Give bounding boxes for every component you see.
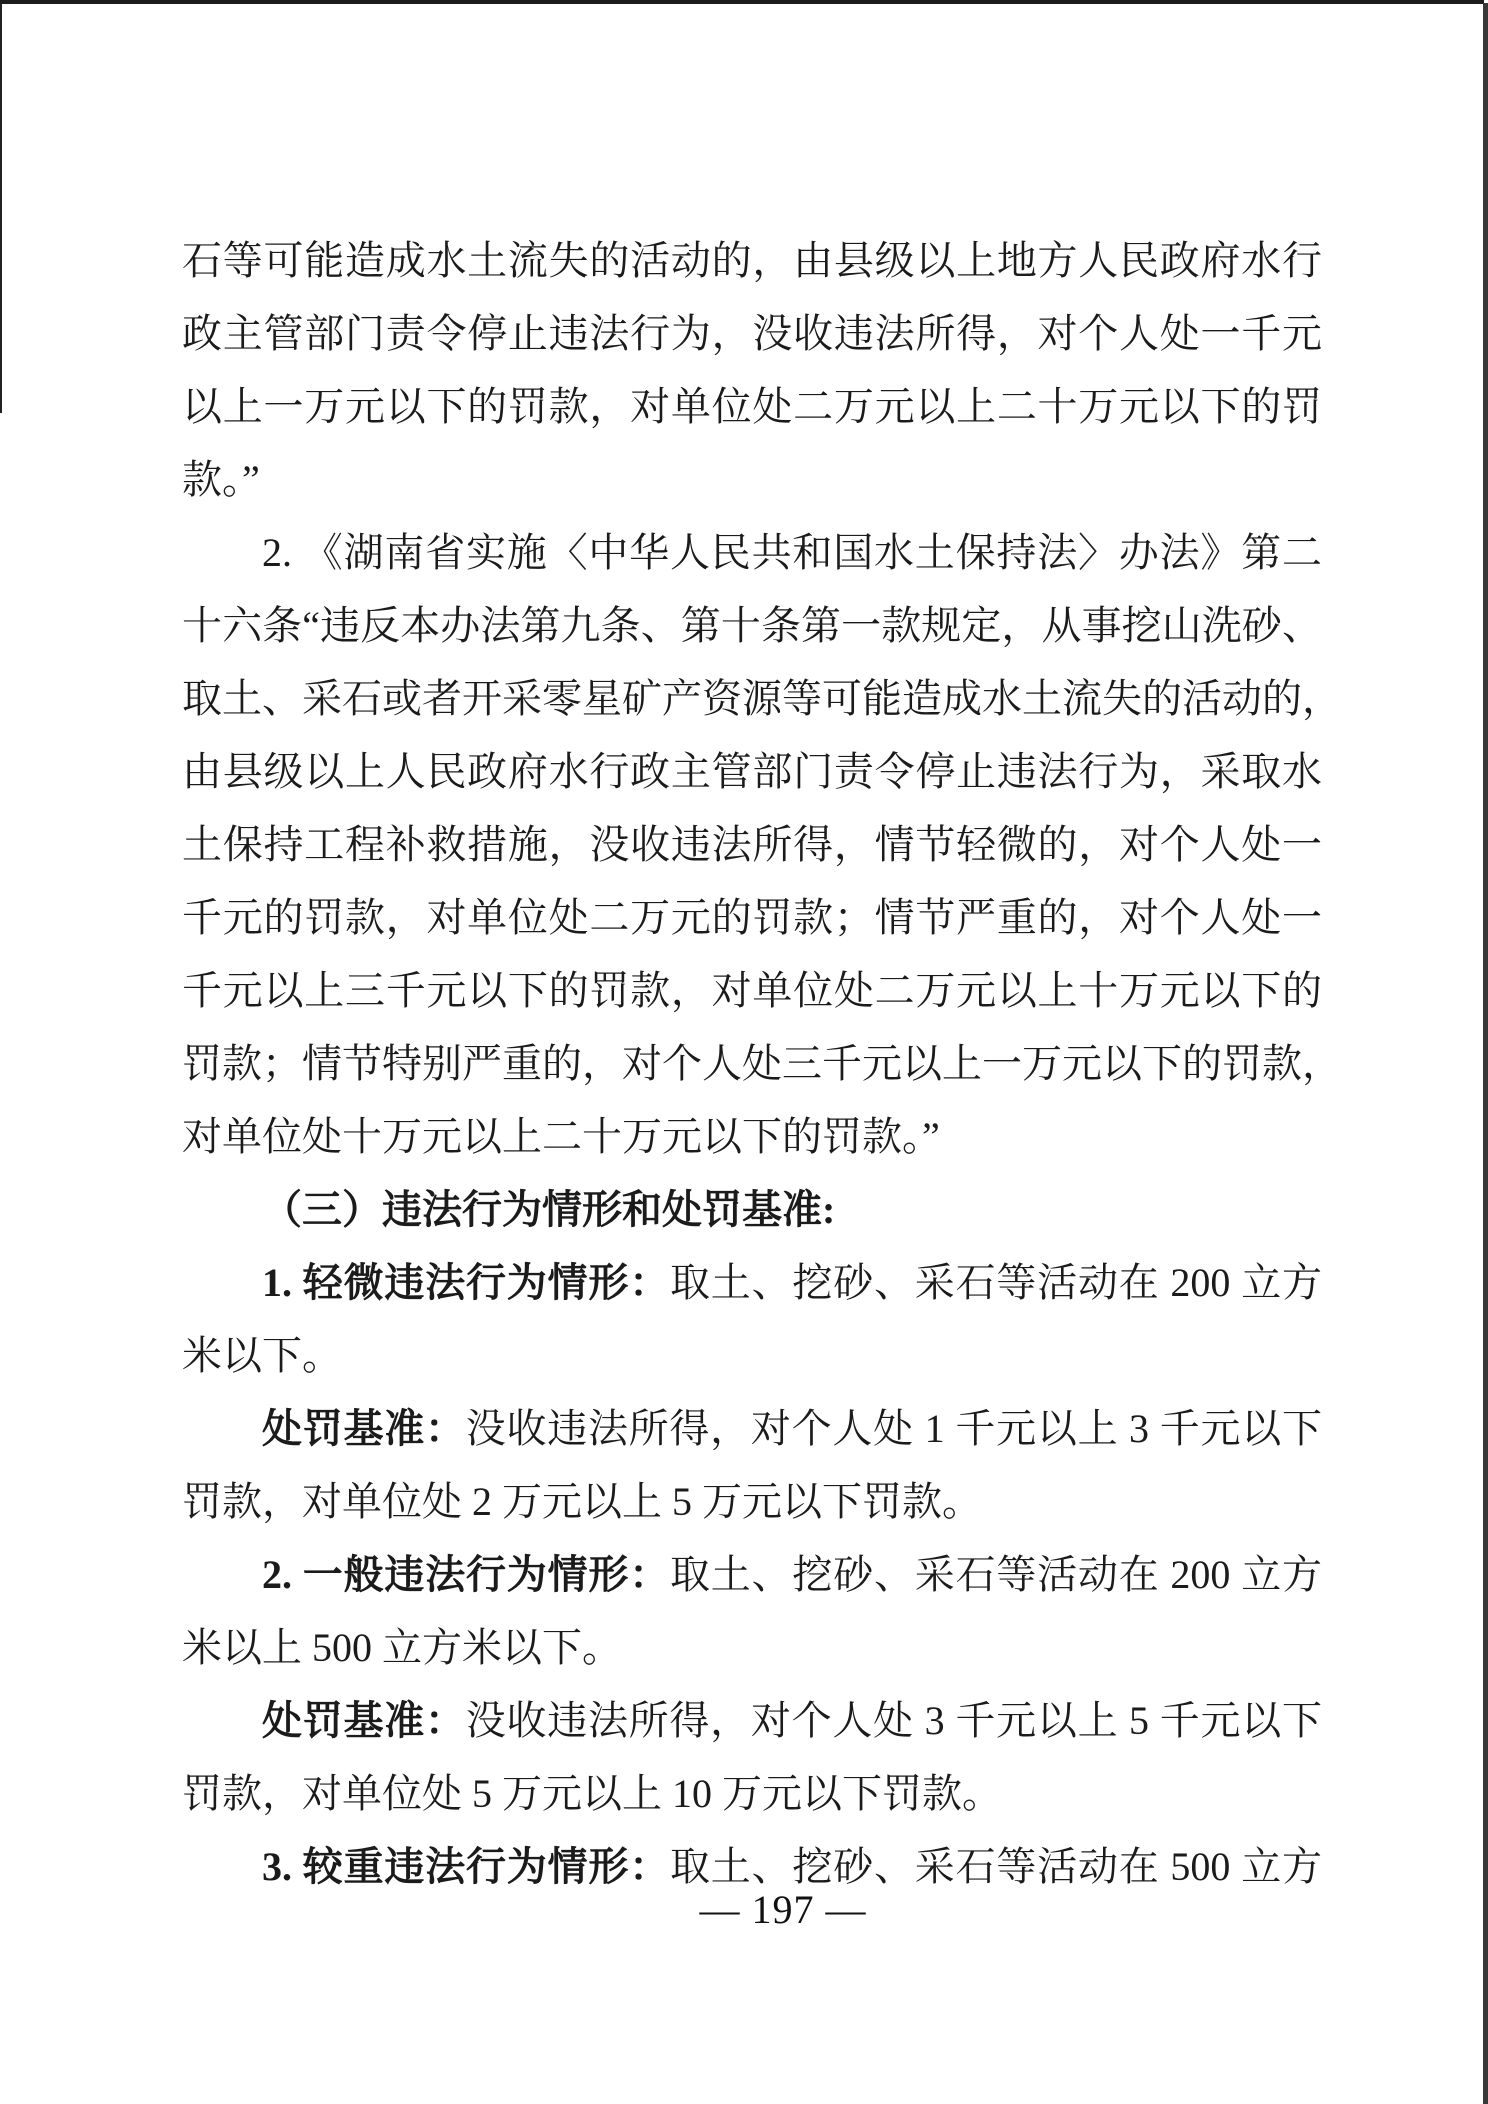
text-run: 以上一万元以下的罚款，对单位处二万元以上二十万元以下的罚	[182, 384, 1322, 429]
text-run: 取土、挖砂、采石等活动在 500 立方	[670, 1844, 1322, 1889]
text-run: 对单位处十万元以上二十万元以下的罚款。”	[182, 1114, 940, 1159]
text-line: 2. 《湖南省实施〈中华人民共和国水土保持法〉办法》第二	[182, 516, 1322, 589]
text-run: 取土、挖砂、采石等活动在 200 立方	[670, 1260, 1322, 1305]
text-line: 处罚基准：没收违法所得，对个人处 1 千元以上 3 千元以下	[182, 1392, 1322, 1465]
text-block: 石等可能造成水土流失的活动的，由县级以上地方人民政府水行政主管部门责令停止违法行…	[182, 224, 1322, 1903]
text-line: 千元以上三千元以下的罚款，对单位处二万元以上十万元以下的	[182, 954, 1322, 1027]
scan-artifact-top-border	[0, 0, 1484, 4]
text-run: 没收违法所得，对个人处 1 千元以上 3 千元以下	[466, 1406, 1322, 1451]
text-line: 对单位处十万元以上二十万元以下的罚款。”	[182, 1100, 1322, 1173]
text-line: 米以上 500 立方米以下。	[182, 1611, 1322, 1684]
bold-text-run: 处罚基准：	[262, 1406, 466, 1451]
text-run: 取土、挖砂、采石等活动在 200 立方	[670, 1552, 1322, 1597]
text-run: 罚款；情节特别严重的，对个人处三千元以上一万元以下的罚款，	[182, 1041, 1342, 1086]
bold-text-run: （三）违法行为情形和处罚基准:	[262, 1187, 835, 1232]
text-line: 罚款，对单位处 5 万元以上 10 万元以下罚款。	[182, 1757, 1322, 1830]
text-line: 石等可能造成水土流失的活动的，由县级以上地方人民政府水行	[182, 224, 1322, 297]
document-page: 石等可能造成水土流失的活动的，由县级以上地方人民政府水行政主管部门责令停止违法行…	[0, 0, 1488, 2104]
text-run: 米以上 500 立方米以下。	[182, 1625, 622, 1670]
text-run: 款。”	[182, 457, 260, 502]
text-run: 千元的罚款，对单位处二万元的罚款；情节严重的，对个人处一	[182, 895, 1322, 940]
text-line: 款。”	[182, 443, 1322, 516]
text-run: 取土、采石或者开采零星矿产资源等可能造成水土流失的活动的，	[182, 676, 1342, 721]
text-line: 罚款，对单位处 2 万元以上 5 万元以下罚款。	[182, 1465, 1322, 1538]
text-line: 土保持工程补救措施，没收违法所得，情节轻微的，对个人处一	[182, 808, 1322, 881]
text-run: 政主管部门责令停止违法行为，没收违法所得，对个人处一千元	[182, 311, 1322, 356]
text-line: 米以下。	[182, 1319, 1322, 1392]
text-run: 罚款，对单位处 5 万元以上 10 万元以下罚款。	[182, 1771, 1002, 1816]
text-run: 没收违法所得，对个人处 3 千元以上 5 千元以下	[466, 1698, 1322, 1743]
bold-text-run: 2. 一般违法行为情形：	[262, 1552, 670, 1597]
text-line: 以上一万元以下的罚款，对单位处二万元以上二十万元以下的罚	[182, 370, 1322, 443]
bold-text-run: 1. 轻微违法行为情形：	[262, 1260, 670, 1305]
scan-artifact-left-border	[0, 3, 2, 413]
bold-text-run: 处罚基准：	[262, 1698, 466, 1743]
text-run: 土保持工程补救措施，没收违法所得，情节轻微的，对个人处一	[182, 822, 1322, 867]
text-line: 1. 轻微违法行为情形：取土、挖砂、采石等活动在 200 立方	[182, 1246, 1322, 1319]
text-run: 十六条“违反本办法第九条、第十条第一款规定，从事挖山洗砂、	[182, 603, 1322, 648]
text-lines: 石等可能造成水土流失的活动的，由县级以上地方人民政府水行政主管部门责令停止违法行…	[182, 224, 1322, 1903]
text-run: 由县级以上人民政府水行政主管部门责令停止违法行为，采取水	[182, 749, 1322, 794]
scan-artifact-right-border	[1483, 3, 1488, 2104]
text-line: 2. 一般违法行为情形：取土、挖砂、采石等活动在 200 立方	[182, 1538, 1322, 1611]
text-line: 千元的罚款，对单位处二万元的罚款；情节严重的，对个人处一	[182, 881, 1322, 954]
text-run: 石等可能造成水土流失的活动的，由县级以上地方人民政府水行	[182, 238, 1322, 283]
text-run: 千元以上三千元以下的罚款，对单位处二万元以上十万元以下的	[182, 968, 1322, 1013]
text-line: 取土、采石或者开采零星矿产资源等可能造成水土流失的活动的，	[182, 662, 1322, 735]
bold-text-run: 3. 较重违法行为情形：	[262, 1844, 670, 1889]
text-line: 处罚基准：没收违法所得，对个人处 3 千元以上 5 千元以下	[182, 1684, 1322, 1757]
text-run: 罚款，对单位处 2 万元以上 5 万元以下罚款。	[182, 1479, 982, 1524]
text-line: （三）违法行为情形和处罚基准:	[182, 1173, 1322, 1246]
page-number: — 197 —	[0, 1888, 1488, 1932]
text-line: 十六条“违反本办法第九条、第十条第一款规定，从事挖山洗砂、	[182, 589, 1322, 662]
text-run: 2. 《湖南省实施〈中华人民共和国水土保持法〉办法》第二	[262, 530, 1322, 575]
text-line: 由县级以上人民政府水行政主管部门责令停止违法行为，采取水	[182, 735, 1322, 808]
text-run: 米以下。	[182, 1333, 342, 1378]
text-line: 罚款；情节特别严重的，对个人处三千元以上一万元以下的罚款，	[182, 1027, 1322, 1100]
text-line: 政主管部门责令停止违法行为，没收违法所得，对个人处一千元	[182, 297, 1322, 370]
